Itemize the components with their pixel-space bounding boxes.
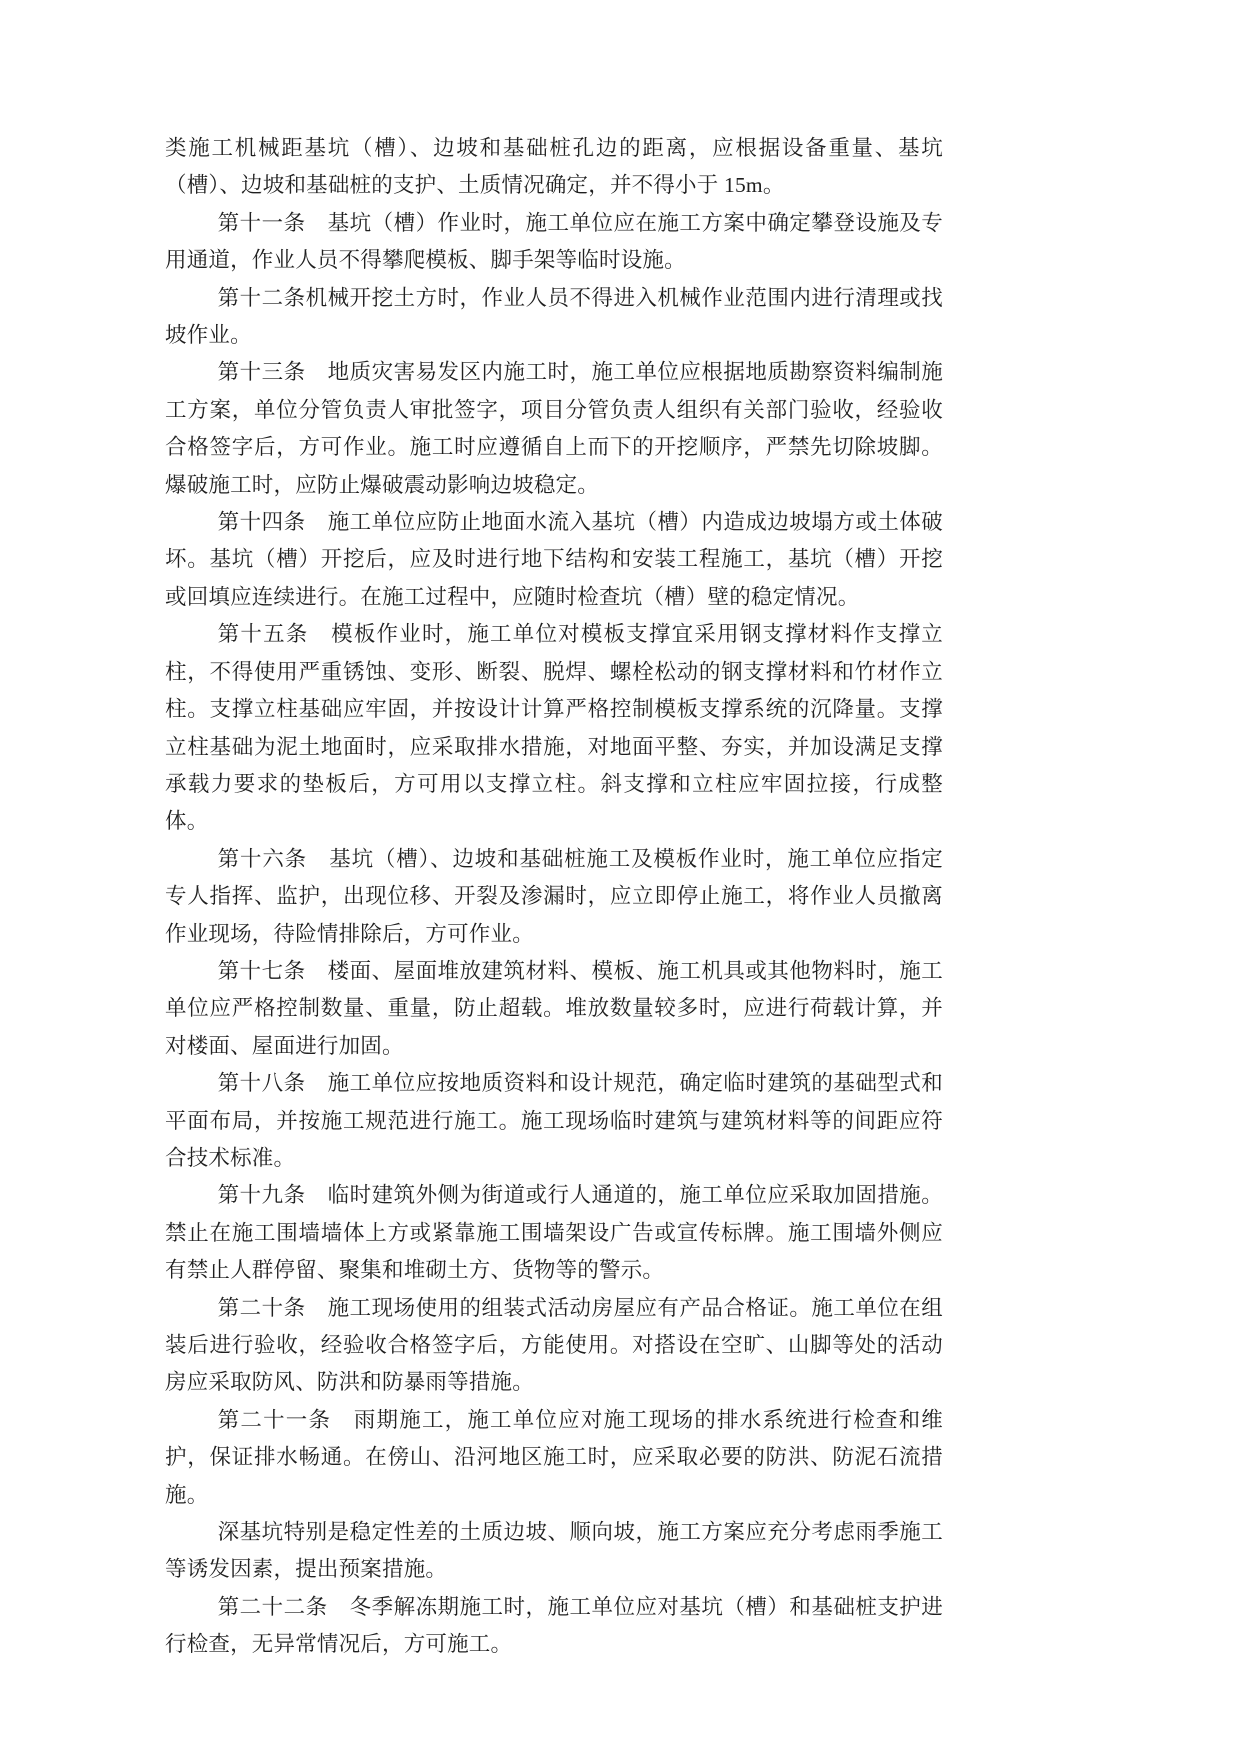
paragraph-article-11: 第十一条 基坑（槽）作业时，施工单位应在施工方案中确定攀登设施及专用通道，作业人…: [165, 205, 943, 280]
paragraph-article-17: 第十七条 楼面、屋面堆放建筑材料、模板、施工机具或其他物料时，施工单位应严格控制…: [165, 953, 943, 1065]
paragraph-article-18: 第十八条 施工单位应按地质资料和设计规范，确定临时建筑的基础型式和平面布局，并按…: [165, 1065, 943, 1177]
paragraph-article-13: 第十三条 地质灾害易发区内施工时，施工单位应根据地质勘察资料编制施工方案，单位分…: [165, 354, 943, 504]
paragraph-continuation-machinery-distance: 类施工机械距基坑（槽）、边坡和基础桩孔边的距离，应根据设备重量、基坑（槽）、边坡…: [165, 130, 943, 205]
paragraph-article-22: 第二十二条 冬季解冻期施工时，施工单位应对基坑（槽）和基础桩支护进行检查，无异常…: [165, 1589, 943, 1664]
document-page: 类施工机械距基坑（槽）、边坡和基础桩孔边的距离，应根据设备重量、基坑（槽）、边坡…: [0, 0, 1241, 1754]
paragraph-article-12: 第十二条机械开挖土方时，作业人员不得进入机械作业范围内进行清理或找坡作业。: [165, 280, 943, 355]
paragraph-article-14: 第十四条 施工单位应防止地面水流入基坑（槽）内造成边坡塌方或土体破坏。基坑（槽）…: [165, 504, 943, 616]
paragraph-article-20: 第二十条 施工现场使用的组装式活动房屋应有产品合格证。施工单位在组装后进行验收，…: [165, 1290, 943, 1402]
document-body: 类施工机械距基坑（槽）、边坡和基础桩孔边的距离，应根据设备重量、基坑（槽）、边坡…: [165, 130, 943, 1664]
paragraph-article-19: 第十九条 临时建筑外侧为街道或行人通道的，施工单位应采取加固措施。禁止在施工围墙…: [165, 1177, 943, 1289]
paragraph-article-16: 第十六条 基坑（槽）、边坡和基础桩施工及模板作业时，施工单位应指定专人指挥、监护…: [165, 841, 943, 953]
paragraph-article-15: 第十五条 模板作业时，施工单位对模板支撑宜采用钢支撑材料作支撑立柱，不得使用严重…: [165, 616, 943, 840]
paragraph-article-21-supplement: 深基坑特别是稳定性差的土质边坡、顺向坡，施工方案应充分考虑雨季施工等诱发因素，提…: [165, 1514, 943, 1589]
paragraph-article-21: 第二十一条 雨期施工，施工单位应对施工现场的排水系统进行检查和维护，保证排水畅通…: [165, 1402, 943, 1514]
